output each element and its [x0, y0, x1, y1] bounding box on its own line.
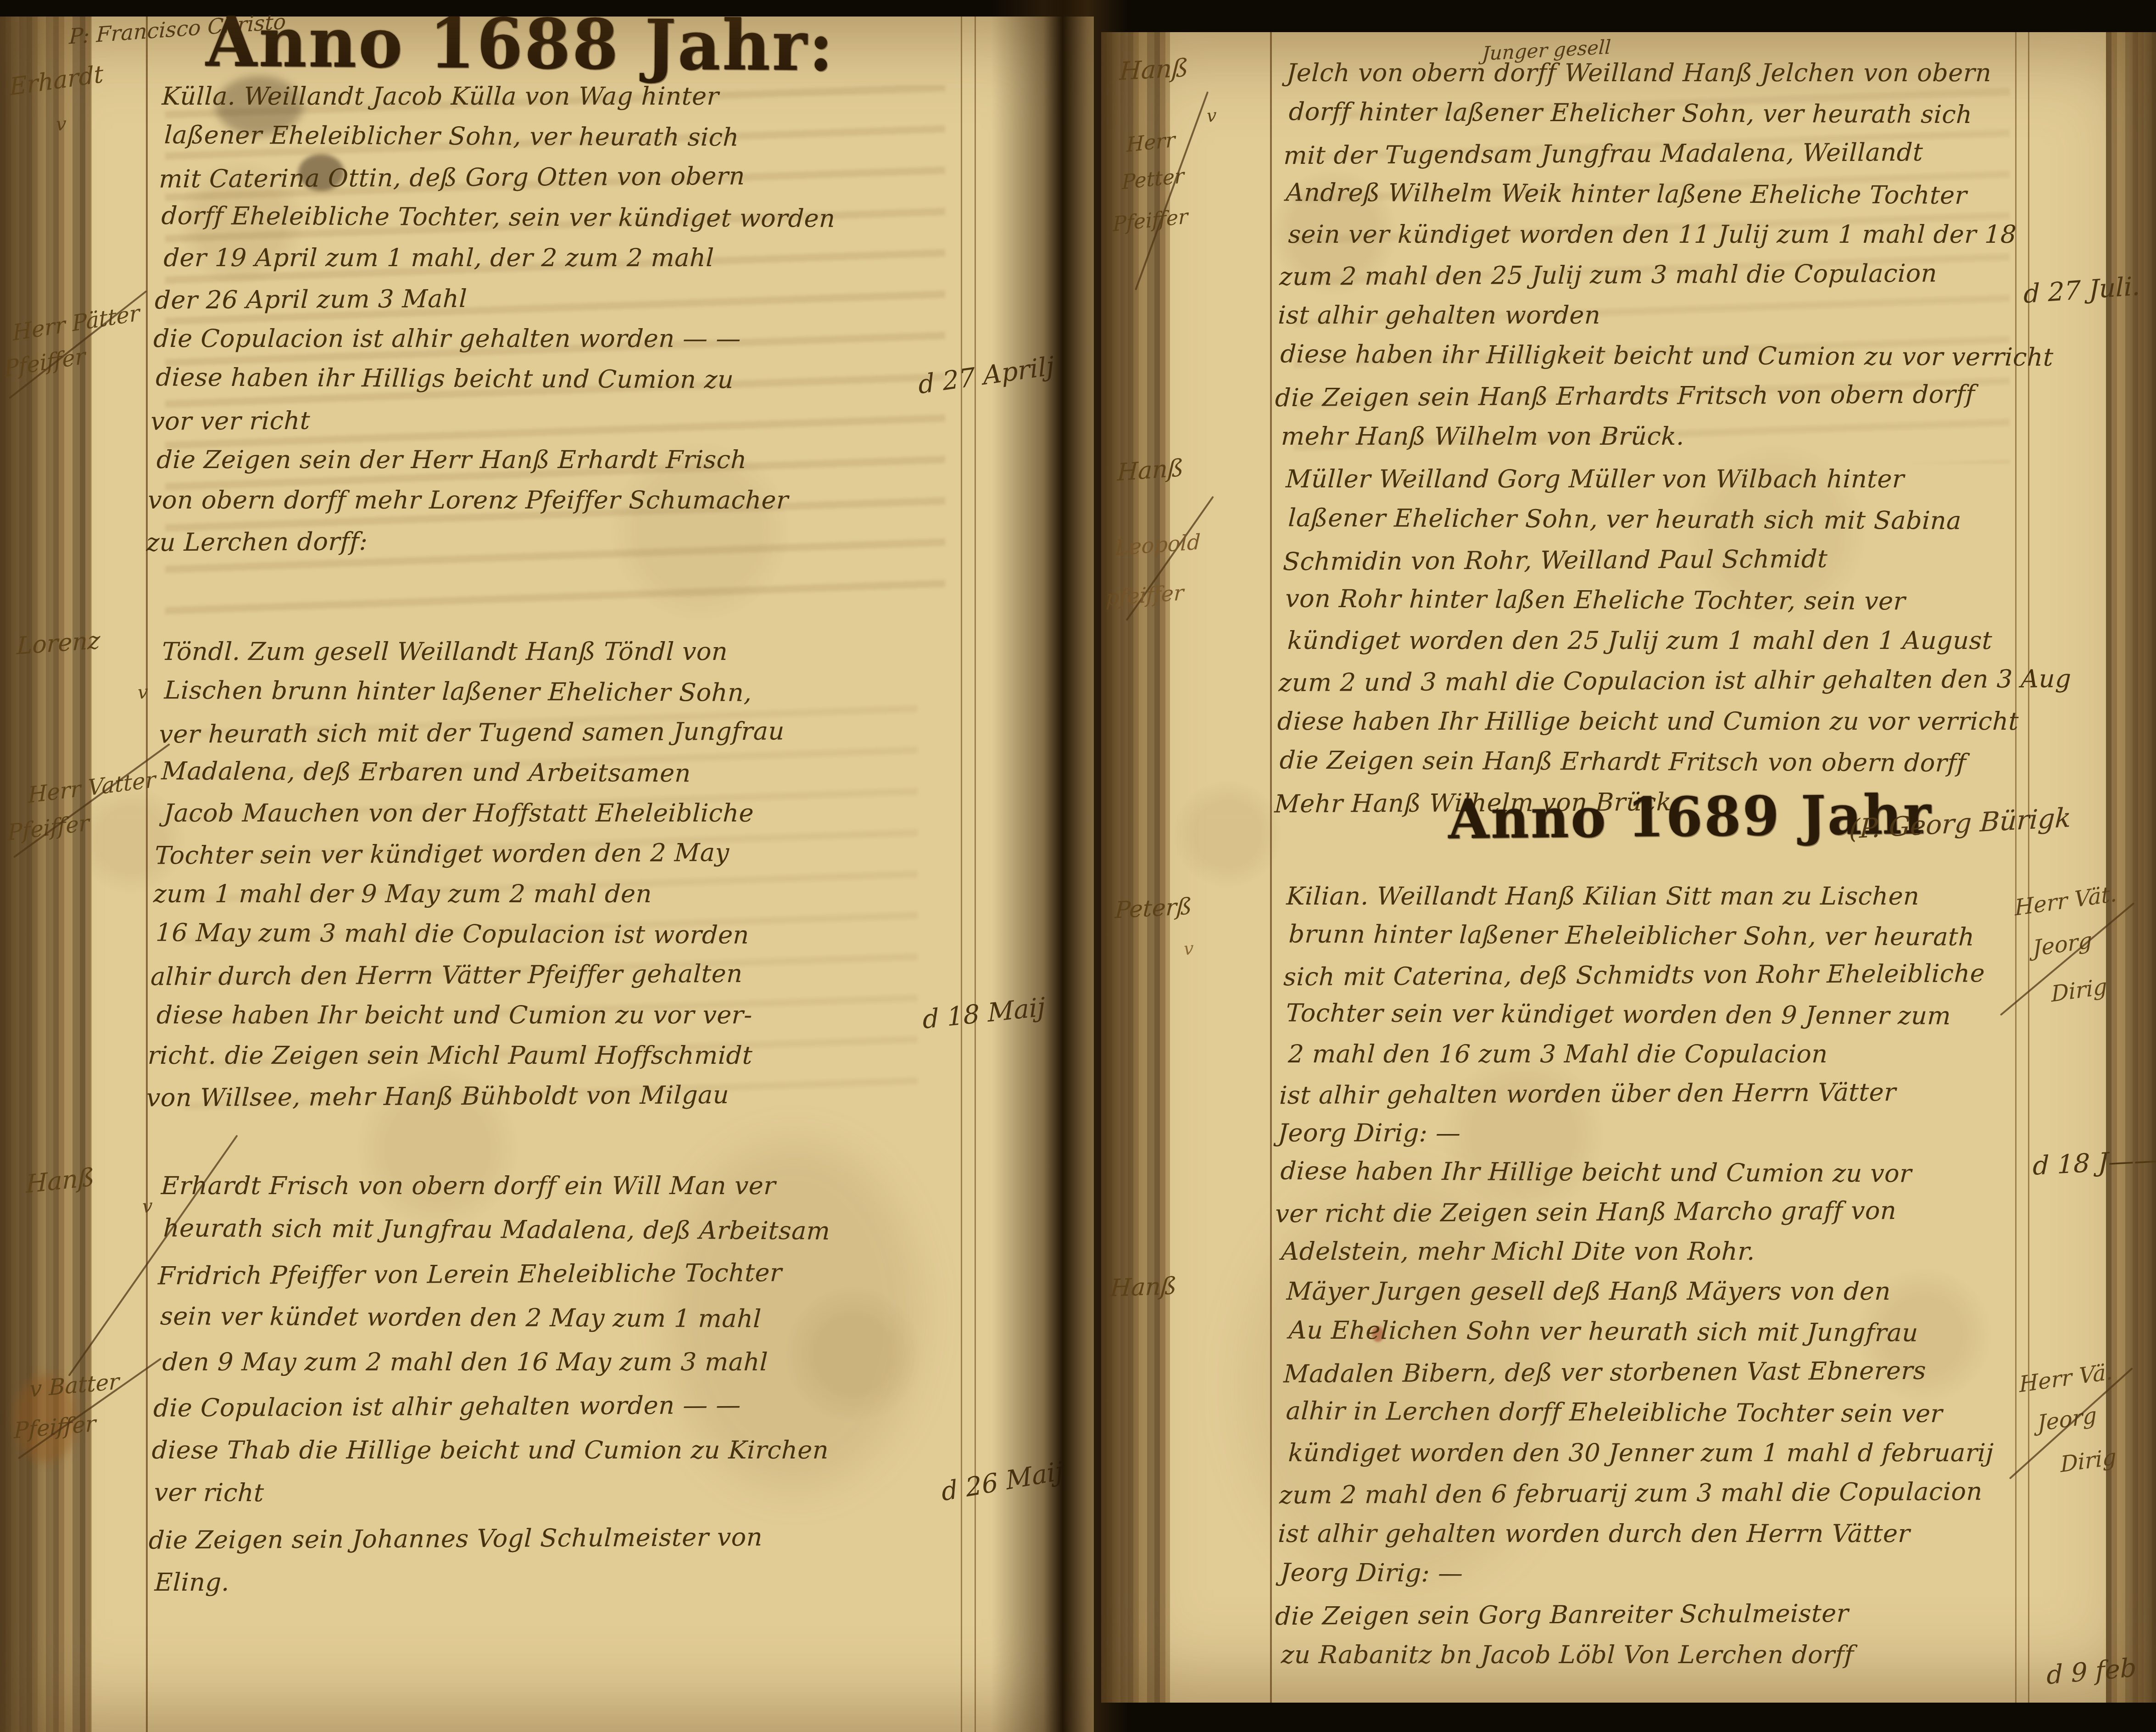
- text-line: sich mit Caterina, deß Schmidts von Rohr…: [1283, 954, 2014, 997]
- text-line: von Rohr hinter laßen Eheliche Tochter, …: [1284, 579, 2015, 622]
- register-entry: Töndl. Zum gesell Weillandt Hanß Töndl v…: [146, 631, 957, 1116]
- text-line: von Willsee, mehr Hanß Bühboldt von Milg…: [146, 1073, 941, 1118]
- margin-name-erhardt: Erhardt: [9, 60, 104, 101]
- text-line: 16 May zum 3 mahl die Copulacion ist wor…: [155, 912, 950, 956]
- text-line: diese haben ihr Hilligkeit beicht und Cu…: [1280, 334, 2011, 378]
- text-line: ist alhir gehalten worden: [1277, 295, 2008, 335]
- text-line: Schmidin von Rohr, Weilland Paul Schmidt: [1282, 538, 2013, 582]
- text-line: 2 mahl den 16 zum 3 Mahl die Copulacion: [1287, 1034, 2018, 1074]
- text-line: zum 1 mahl der 9 May zum 2 mahl den: [153, 874, 948, 914]
- text-line: alhir durch den Herrn Vätter Pfeiffer ge…: [150, 952, 945, 997]
- date-note-jan: d 18 J———: [2033, 1143, 2156, 1181]
- text-line: diese haben Ihr Hillige beicht und Cumio…: [1276, 701, 2007, 742]
- text-line: die Copulacion ist alhir gehalten worden…: [153, 318, 948, 359]
- margin-name-herr: Herr: [1126, 128, 1175, 156]
- check-mark: v: [138, 682, 148, 704]
- register-entry: Kilian. Weillandt Hanß Kilian Sitt man z…: [1273, 877, 2017, 1271]
- text-line: ver richt die Zeigen sein Hanß Marcho gr…: [1275, 1190, 2006, 1234]
- register-entry: Külla. Weillandt Jacob Külla von Wag hin…: [146, 76, 957, 561]
- text-line: mit Caterina Ottin, deß Gorg Otten von o…: [158, 155, 953, 199]
- text-line: alhir in Lerchen dorff Eheleibliche Toch…: [1285, 1391, 2016, 1435]
- text-line: Lischen brunn hinter laßener Ehelicher S…: [163, 670, 958, 714]
- margin-name-hans: Hanß: [1119, 53, 1189, 86]
- check-mark: v: [56, 113, 67, 135]
- text-line: die Zeigen sein der Herr Hanß Erhardt Fr…: [156, 440, 951, 480]
- text-line: ver heurath sich mit der Tugend samen Ju…: [158, 710, 953, 754]
- text-line: Tochter sein ver kündiget worden den 2 M…: [154, 831, 949, 876]
- left-page: P: Francisco Christo Anno 1688 Jahr: Erh…: [0, 17, 1094, 1732]
- text-line: ist alhir gehalten worden durch den Herr…: [1277, 1514, 2008, 1554]
- margin-name-hans: Hanß: [1117, 454, 1184, 486]
- text-line: mit der Tugendsam Jungfrau Madalena, Wei…: [1283, 132, 2014, 176]
- manuscript-photo: { "palette":{"background":"#0d0903","pap…: [0, 0, 2156, 1732]
- margin-name-herr-vaetter: Herr Vä.: [2019, 1359, 2113, 1398]
- margin-name-pfeiffer: Pfeiffer: [1113, 205, 1187, 236]
- text-line: der 19 April zum 1 mahl, der 2 zum 2 mah…: [163, 238, 958, 278]
- check-mark: v: [142, 1196, 153, 1218]
- text-line: Töndl. Zum gesell Weillandt Hanß Töndl v…: [161, 631, 956, 672]
- text-line: dorff hinter laßener Ehelicher Sohn, ver…: [1288, 92, 2019, 135]
- text-line: Fridrich Pfeiffer von Lerein Eheleiblich…: [157, 1250, 953, 1298]
- margin-name-pfeiffer: Pfeiffer: [7, 810, 89, 846]
- text-line: Erhardt Frisch von obern dorff ein Will …: [160, 1164, 955, 1208]
- text-line: ver richt: [153, 1470, 948, 1518]
- text-line: Madalena, deß Erbaren und Arbeitsamen: [161, 751, 956, 795]
- text-line: heurath sich mit Jungfrau Madalena, deß …: [162, 1206, 958, 1254]
- text-line: mehr Hanß Wilhelm von Brück.: [1281, 416, 2011, 457]
- right-page-gutter-edge: [1101, 32, 1170, 1703]
- text-line: laßener Ehelicher Sohn, ver heurath sich…: [1287, 498, 2018, 542]
- text-line: laßener Eheleiblicher Sohn, ver heurath …: [163, 115, 958, 159]
- text-line: Jelch von obern dorff Weilland Hanß Jelc…: [1286, 53, 2017, 93]
- register-entry: Jelch von obern dorff Weilland Hanß Jelc…: [1273, 53, 2017, 457]
- text-line: ist alhir gehalten worden über den Herrn…: [1279, 1072, 2010, 1115]
- margin-name-hans: Hanß: [26, 1162, 94, 1199]
- text-line: die Zeigen sein Gorg Banreiter Schulmeis…: [1275, 1592, 2006, 1637]
- left-page-torn-edge: [0, 17, 92, 1732]
- text-line: Mäyer Jurgen gesell deß Hanß Mäyers von …: [1286, 1271, 2017, 1312]
- text-line: diese haben Ihr Hillige beicht und Cumio…: [1280, 1151, 2011, 1194]
- text-line: brunn hinter laßener Eheleiblicher Sohn,…: [1288, 915, 2019, 957]
- text-line: den 9 May zum 2 mahl den 16 May zum 3 ma…: [162, 1340, 957, 1384]
- text-line: sein ver kündiget worden den 11 Julij zu…: [1287, 214, 2018, 255]
- text-line: diese haben ihr Hilligs beicht und Cumio…: [155, 357, 950, 401]
- margin-rule-line: [1270, 32, 1272, 1703]
- text-line: kündiget worden den 30 Jenner zum 1 mahl…: [1287, 1433, 2018, 1473]
- date-note-juli: d 27 Juli.: [2023, 271, 2140, 309]
- margin-name-herr-paetter: Herr Pätter: [12, 300, 140, 346]
- text-line: Andreß Wilhelm Weik hinter laßene Ehelic…: [1285, 173, 2016, 216]
- text-line: zum 2 mahl den 25 Julij zum 3 mahl die C…: [1279, 253, 2010, 297]
- margin-name-pfeiffer: pfeiffer: [1105, 580, 1184, 610]
- margin-name-dirig: Dirig: [2060, 1444, 2117, 1477]
- text-line: Au Ehelichen Sohn ver heurath sich mit J…: [1288, 1310, 2019, 1354]
- right-page: Junger gesell Hanß v Herr Petter Pfeiffe…: [1101, 32, 2156, 1703]
- text-line: die Copulacion ist alhir gehalten worden…: [153, 1382, 948, 1430]
- text-line: Jeorg Dirig: —: [1277, 1113, 2008, 1153]
- text-line: von obern dorff mehr Lorenz Pfeiffer Sch…: [147, 480, 942, 520]
- text-line: zum 2 mahl den 6 februarij zum 3 mahl di…: [1279, 1471, 2010, 1515]
- text-line: Kilian. Weillandt Hanß Kilian Sitt man z…: [1286, 877, 2017, 916]
- register-entry: Mäyer Jurgen gesell deß Hanß Mäyers von …: [1273, 1271, 2017, 1675]
- margin-name-herr-vatter: Herr Vatter: [28, 767, 156, 808]
- text-line: Müller Weilland Gorg Müller von Wilbach …: [1285, 459, 2016, 499]
- text-line: diese Thab die Hillige beicht und Cumion…: [151, 1428, 946, 1472]
- text-line: sein ver kündet worden den 2 May zum 1 m…: [159, 1294, 954, 1342]
- strike-mark: [9, 290, 147, 399]
- text-line: die Zeigen sein Hanß Erhardt Fritsch von…: [1279, 740, 2010, 784]
- margin-name-petter: Petter: [1122, 164, 1184, 195]
- text-line: der 26 April zum 3 Mahl: [154, 276, 949, 320]
- text-line: dorff Eheleibliche Tochter, sein ver kün…: [161, 196, 956, 240]
- text-line: Tochter sein ver kündiget worden den 9 J…: [1285, 994, 2016, 1036]
- register-entry: Erhardt Frisch von obern dorff ein Will …: [146, 1164, 956, 1604]
- margin-rule-line: [146, 17, 148, 1732]
- year-header-1688: Anno 1688 Jahr:: [206, 1, 835, 87]
- margin-name-leopold: Leopold: [1114, 529, 1201, 560]
- check-mark: v: [1207, 105, 1217, 126]
- text-line: zum 2 und 3 mahl die Copulacion ist alhi…: [1278, 659, 2009, 703]
- text-line: Adelstein, mehr Michl Dite von Rohr.: [1281, 1232, 2011, 1271]
- margin-name-herr-vaetter: Herr Vät.: [2014, 881, 2117, 921]
- margin-name-pfeiffer: Pfeiffer: [14, 1411, 96, 1444]
- date-note-feb: d 9 feb: [2046, 1653, 2137, 1690]
- register-entry: Müller Weilland Gorg Müller von Wilbach …: [1274, 459, 2016, 822]
- text-line: vor ver richt: [150, 397, 945, 441]
- margin-name-peters: Peterß: [1114, 893, 1193, 923]
- text-line: diese haben Ihr beicht und Cumion zu vor…: [156, 995, 951, 1035]
- margin-name-lorenz: Lorenz: [16, 626, 100, 660]
- text-line: zu Lerchen dorff:: [146, 518, 941, 563]
- text-line: Jeorg Dirig: —: [1280, 1553, 2011, 1596]
- text-line: Jacob Mauchen von der Hoffstatt Eheleibl…: [163, 793, 958, 833]
- text-line: zu Rabanitz bn Jacob Löbl Von Lerchen do…: [1281, 1635, 2011, 1675]
- margin-name-hans: Hanß: [1109, 1272, 1178, 1302]
- text-line: die Zeigen sein Hanß Erhardts Fritsch vo…: [1275, 374, 2006, 418]
- text-line: Eling.: [154, 1560, 949, 1604]
- text-line: die Zeigen sein Johannes Vogl Schulmeist…: [148, 1514, 943, 1562]
- text-line: kündiget worden den 25 Julij zum 1 mahl …: [1287, 620, 2017, 661]
- date-note-may26: d 26 Maij: [940, 1456, 1064, 1507]
- check-mark: v: [1184, 938, 1194, 959]
- margin-name-dirig: Dirig: [2051, 973, 2108, 1007]
- text-line: Madalen Bibern, deß ver storbenen Vast E…: [1283, 1350, 2014, 1394]
- text-line: richt. die Zeigen sein Michl Pauml Hoffs…: [147, 1035, 942, 1076]
